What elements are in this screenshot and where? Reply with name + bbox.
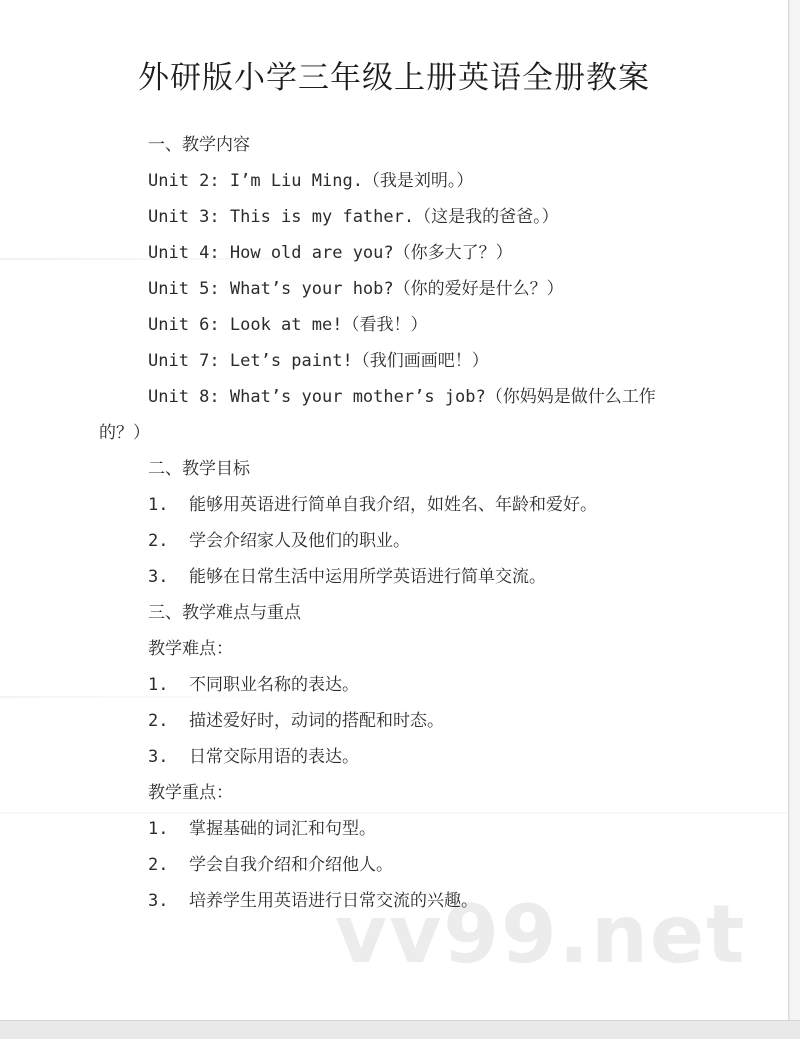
key-point-2: 2. 学会自我介绍和介绍他人。 <box>99 847 689 883</box>
key-point-1: 1. 掌握基础的词汇和句型。 <box>99 811 689 847</box>
label-difficulties: 教学难点： <box>99 631 689 667</box>
heading-section-2: 二、教学目标 <box>99 451 689 487</box>
viewer-background: 外研版小学三年级上册英语全册教案 一、教学内容 Unit 2: I’m Liu … <box>0 0 800 1039</box>
difficulty-2: 2. 描述爱好时，动词的搭配和时态。 <box>99 703 689 739</box>
line-unit-2: Unit 2: I’m Liu Ming.（我是刘明。） <box>99 163 689 199</box>
difficulty-3: 3. 日常交际用语的表达。 <box>99 739 689 775</box>
outer-bottom-strip <box>0 1020 800 1039</box>
line-unit-6: Unit 6: Look at me!（看我！） <box>99 307 689 343</box>
line-unit-5: Unit 5: What’s your hob?（你的爱好是什么？） <box>99 271 689 307</box>
page-right-gutter <box>790 0 800 1020</box>
difficulty-1: 1. 不同职业名称的表达。 <box>99 667 689 703</box>
document-title: 外研版小学三年级上册英语全册教案 <box>99 56 689 100</box>
document-page: 外研版小学三年级上册英语全册教案 一、教学内容 Unit 2: I’m Liu … <box>0 0 789 1020</box>
line-unit-7: Unit 7: Let’s paint!（我们画画吧！） <box>99 343 689 379</box>
line-unit-8-continued: 的？） <box>99 415 689 451</box>
heading-section-1: 一、教学内容 <box>99 127 689 163</box>
label-key-points: 教学重点： <box>99 775 689 811</box>
line-unit-4: Unit 4: How old are you?（你多大了？） <box>99 235 689 271</box>
line-unit-3: Unit 3: This is my father.（这是我的爸爸。） <box>99 199 689 235</box>
objective-3: 3. 能够在日常生活中运用所学英语进行简单交流。 <box>99 559 689 595</box>
document-body: 一、教学内容 Unit 2: I’m Liu Ming.（我是刘明。） Unit… <box>99 127 689 919</box>
objective-2: 2. 学会介绍家人及他们的职业。 <box>99 523 689 559</box>
key-point-3: 3. 培养学生用英语进行日常交流的兴趣。 <box>99 883 689 919</box>
line-unit-8: Unit 8: What’s your mother’s job?（你妈妈是做什… <box>99 379 689 415</box>
heading-section-3: 三、教学难点与重点 <box>99 595 689 631</box>
objective-1: 1. 能够用英语进行简单自我介绍，如姓名、年龄和爱好。 <box>99 487 689 523</box>
